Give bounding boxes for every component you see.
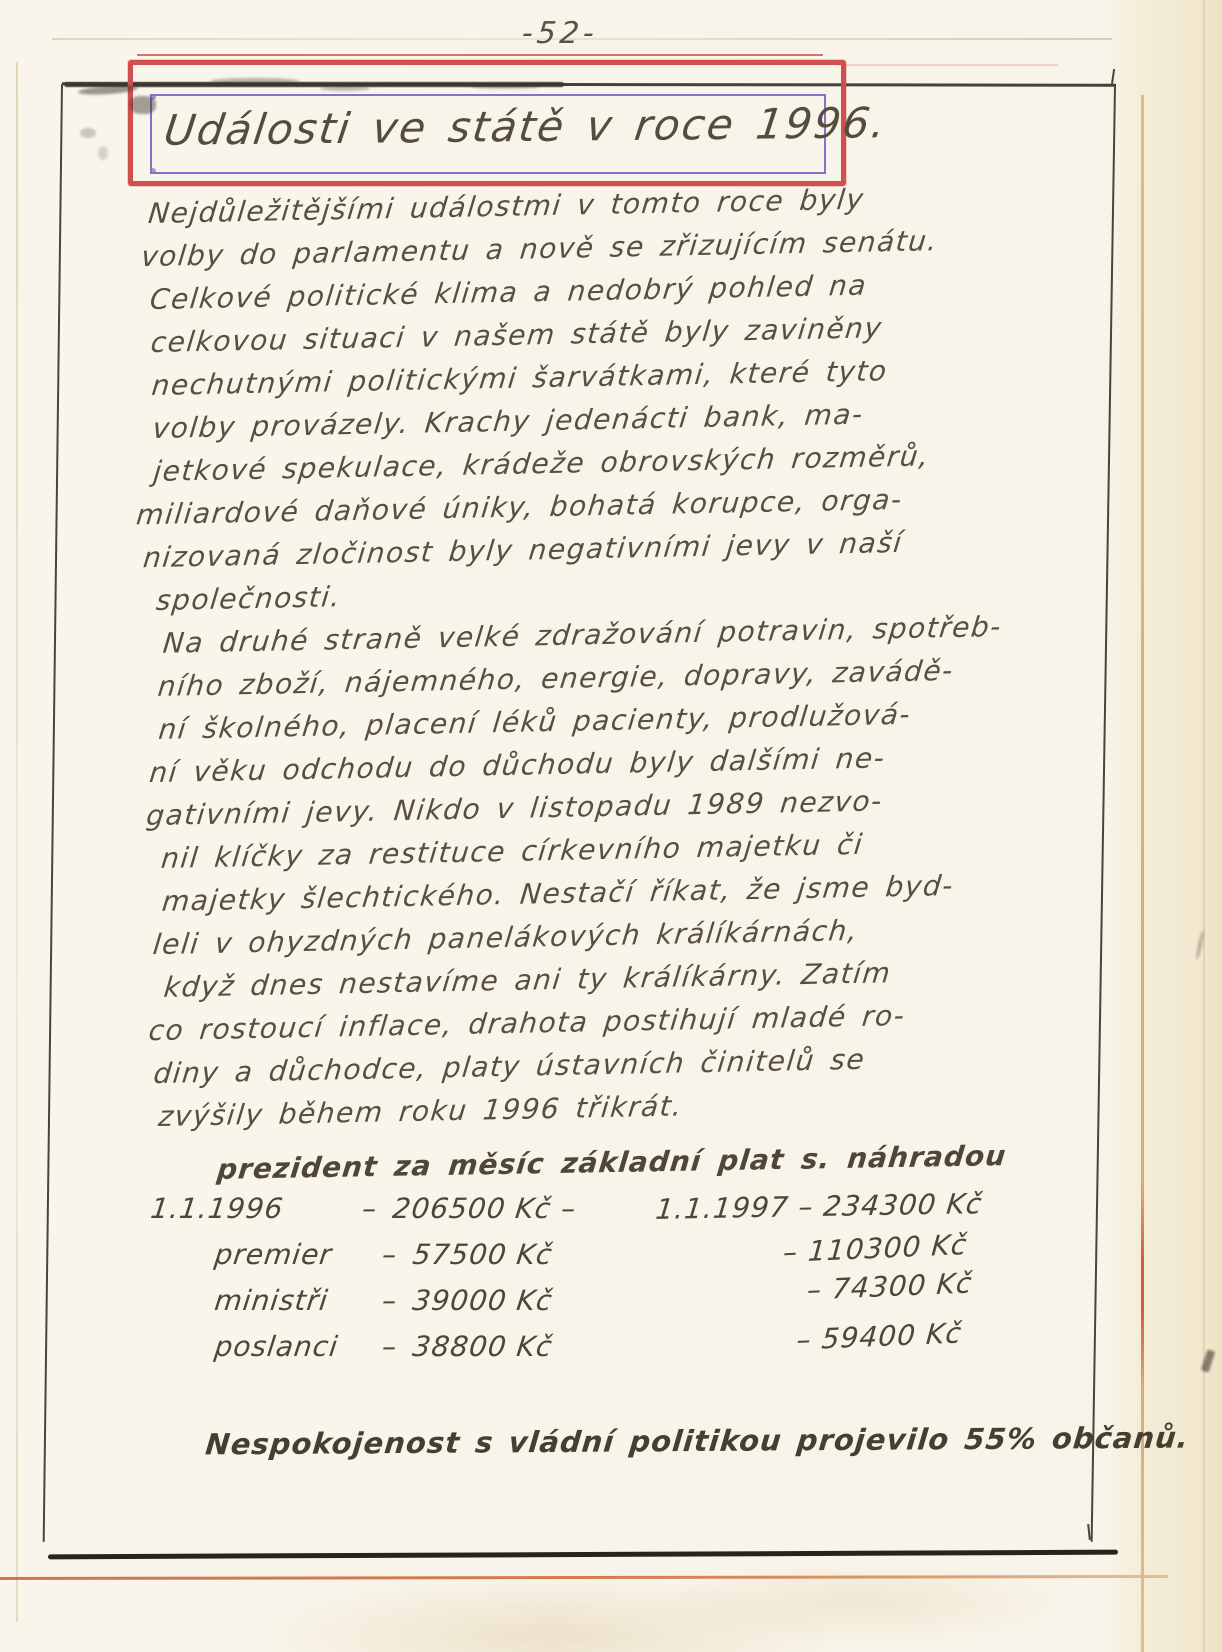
salary-row: ministři–39000 Kč– 74300 Kč: [147, 1284, 1113, 1330]
ink-smudge: [130, 96, 156, 114]
salary-val: 57500 Kč: [411, 1238, 555, 1271]
salary-lab: 1.1.1996: [149, 1192, 349, 1225]
salary-right: – 59400 Kč: [795, 1316, 963, 1356]
bottom-orange-rule: [0, 1575, 1168, 1580]
ink-smudge: [320, 86, 370, 91]
red-line-faint-extension: [838, 64, 1058, 66]
paper-left-edge-line: [16, 62, 18, 1622]
salary-right: – 74300 Kč: [806, 1266, 974, 1306]
salary-table: 1.1.1996–206500 Kč –1.1.1997 – 234300 Kč…: [150, 1192, 1110, 1376]
salary-table-header: prezident za měsíc základní plat s. náhr…: [215, 1139, 1008, 1186]
salary-row: poslanci–38800 Kč– 59400 Kč: [147, 1330, 1113, 1376]
ink-smudge: [98, 146, 108, 160]
page-number: -52-: [520, 16, 600, 51]
salary-dash: –: [365, 1284, 415, 1317]
salary-dash: –: [365, 1330, 415, 1363]
ink-smudge: [210, 78, 300, 84]
right-margin-orange-line: [1141, 95, 1144, 1652]
salary-lab: poslanci: [213, 1330, 369, 1363]
frame-border-left: [43, 84, 63, 1542]
salary-right: – 110300 Kč: [782, 1228, 969, 1269]
salary-lab: premier: [213, 1238, 369, 1271]
salary-dash: –: [365, 1238, 415, 1271]
scanned-chronicle-page: -52- Události ve státě v roce 1996. Nejd…: [0, 0, 1222, 1652]
closing-line: Nespokojenost s vládní politikou projevi…: [204, 1421, 1191, 1462]
ink-smudge: [470, 84, 540, 89]
salary-val: 39000 Kč: [411, 1284, 555, 1317]
salary-dash: –: [345, 1192, 395, 1225]
salary-val: 38800 Kč: [411, 1330, 555, 1363]
salary-right: 1.1.1997 – 234300 Kč: [654, 1187, 984, 1226]
paper-right-edge-line: [1203, 0, 1205, 1652]
ink-smudge: [80, 128, 96, 138]
salary-val: 206500 Kč –: [391, 1192, 579, 1225]
salary-lab: ministři: [213, 1284, 369, 1317]
frame-corner-tick-top-right: [1111, 69, 1115, 85]
page-title: Události ve státě v roce 1996.: [161, 98, 890, 155]
handwritten-body-text: Nejdůležitějšími událostmi v tomto roce …: [148, 173, 1127, 1138]
bottom-black-rule: [48, 1550, 1118, 1560]
